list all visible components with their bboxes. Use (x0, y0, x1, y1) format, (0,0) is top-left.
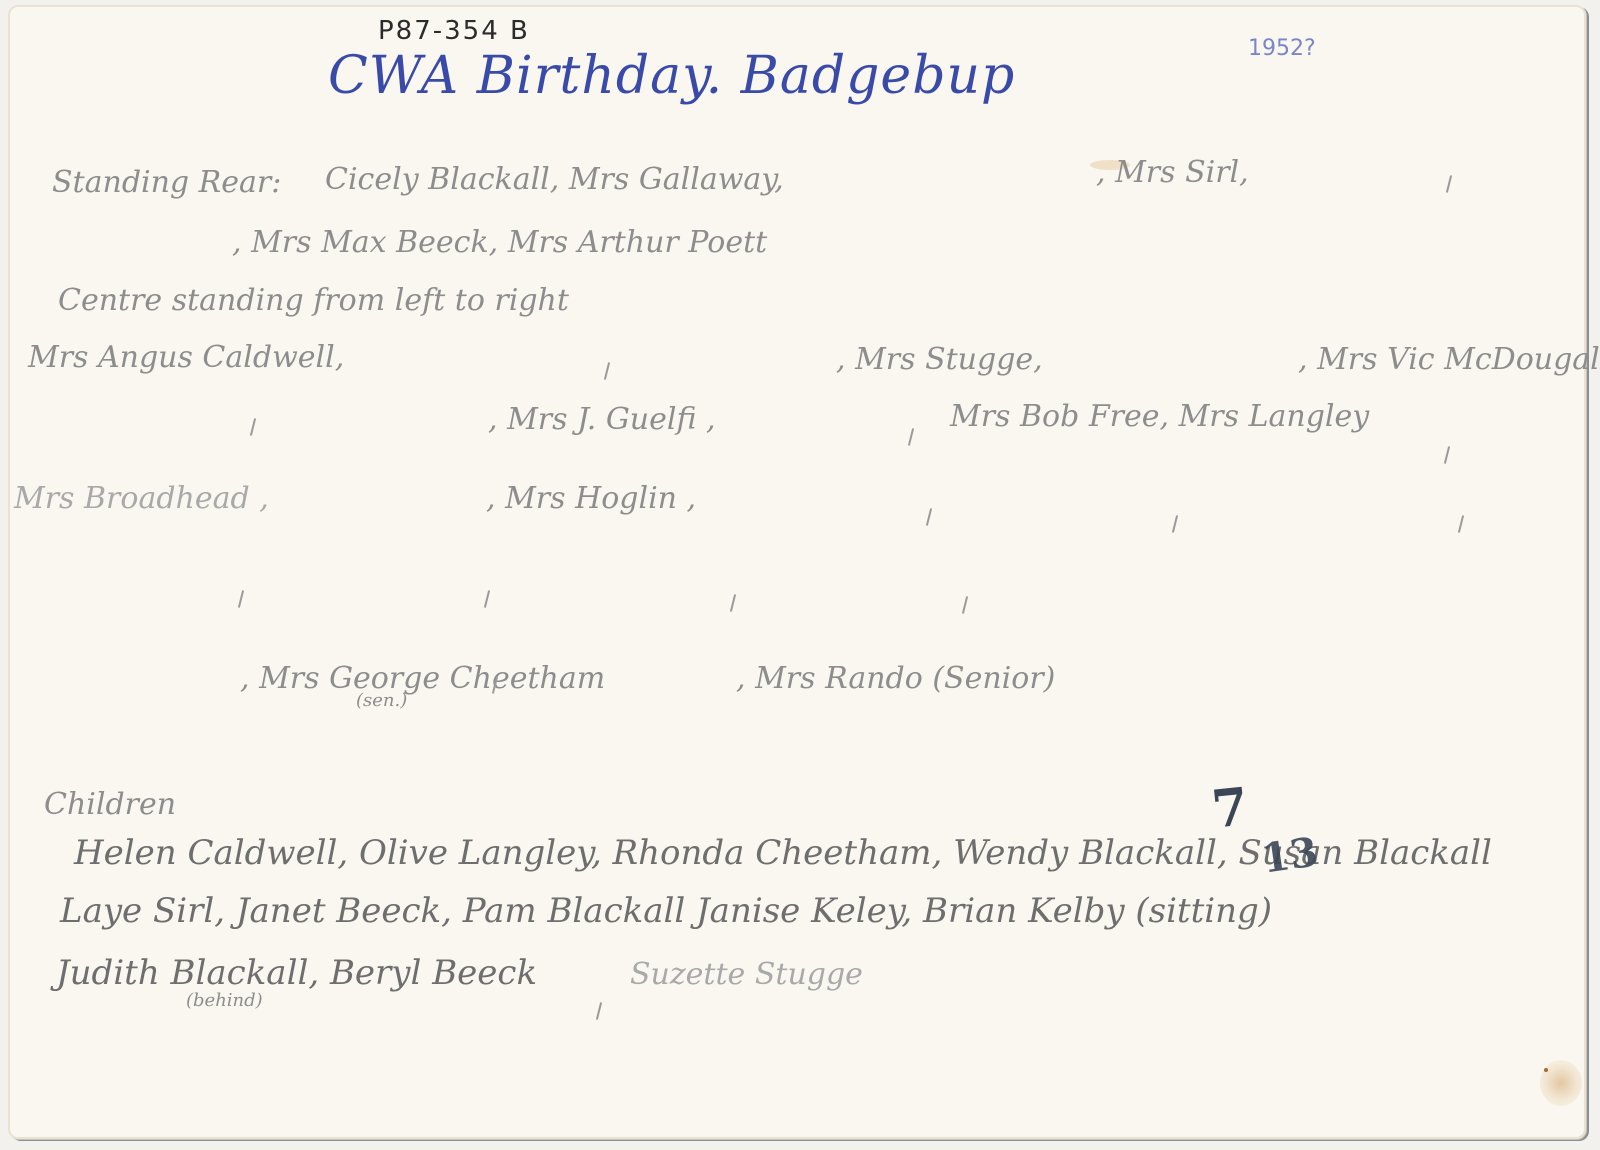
scan-background: P87-354 B CWA Birthday. Badgebup 1952? S… (0, 0, 1600, 1150)
children-line3-extra: Suzette Stugge (630, 960, 863, 990)
centre-row1-a: Mrs Angus Caldwell, (28, 343, 344, 373)
stamp-number-7: 7 (1209, 776, 1251, 840)
centre-row2-a: , Mrs J. Guelfi , (488, 405, 716, 435)
centre-row4-b: , Mrs Rando (Senior) (736, 664, 1055, 694)
centre-row3-a: Mrs Broadhead , (14, 484, 269, 514)
children-label: Children (44, 790, 176, 820)
document-title: CWA Birthday. Badgebup (328, 50, 1015, 102)
centre-row1-c: , Mrs Vic McDougall, (1298, 345, 1600, 375)
children-line3-note: (behind) (186, 992, 263, 1010)
centre-row4-a-note: (sen.) (356, 692, 407, 710)
foxing-spot (1544, 1068, 1548, 1072)
centre-row4-a: , Mrs George Cheetham (240, 664, 605, 694)
children-line2: Laye Sirl, Janet Beeck, Pam Blackall Jan… (60, 894, 1272, 928)
centre-row2-b: Mrs Bob Free, Mrs Langley (950, 402, 1369, 432)
standing-rear-label: Standing Rear: (52, 168, 281, 198)
date-note: 1952? (1248, 38, 1316, 60)
foxing-stain (1540, 1060, 1582, 1106)
children-line3: Judith Blackall, Beryl Beeck (56, 956, 537, 990)
centre-row1-b: , Mrs Stugge, (836, 345, 1043, 375)
stamp-number-13: 13 (1259, 828, 1321, 882)
centre-row3-b: , Mrs Hoglin , (486, 484, 696, 514)
centre-standing-label: Centre standing from left to right (58, 286, 569, 316)
standing-rear-line2: , Mrs Max Beeck, Mrs Arthur Poett (232, 228, 767, 258)
standing-rear-line1: Cicely Blackall, Mrs Gallaway, (325, 165, 784, 195)
standing-rear-line1-right: , Mrs Sirl, (1096, 158, 1249, 188)
catalogue-number: P87-354 B (378, 18, 530, 44)
